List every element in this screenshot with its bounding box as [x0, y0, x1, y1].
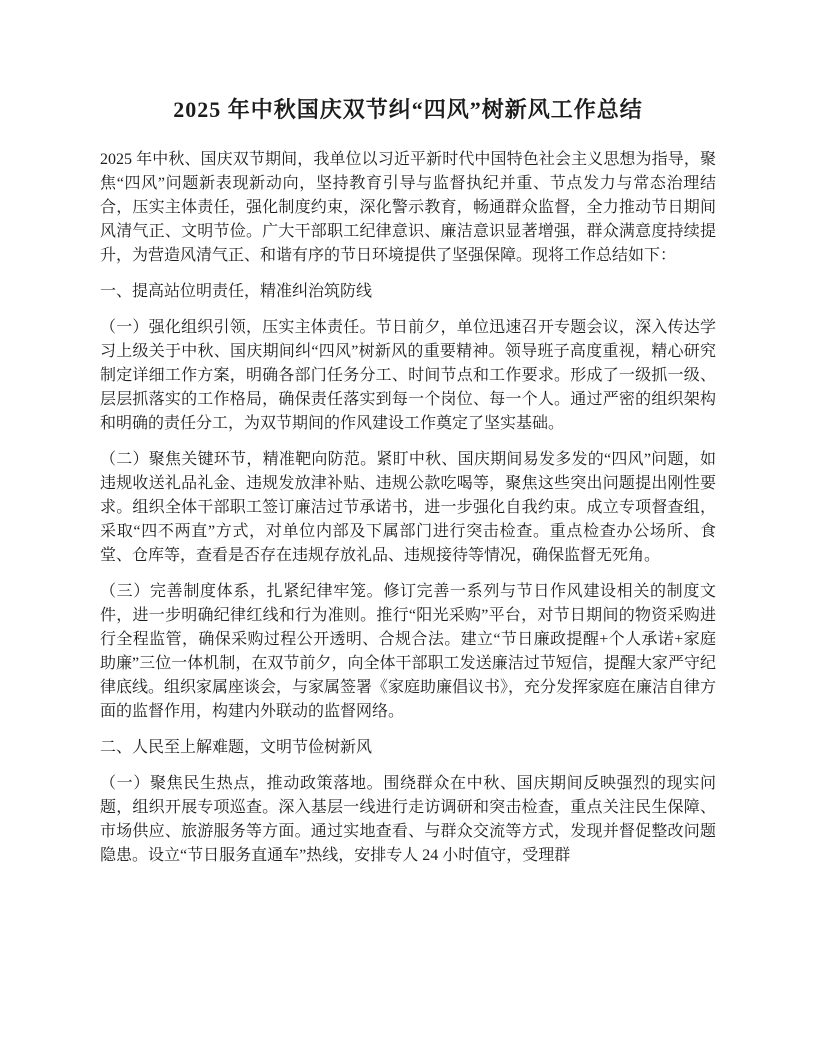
document-page: 2025 年中秋国庆双节纠“四风”树新风工作总结 2025 年中秋、国庆双节期间… — [0, 0, 816, 1056]
paragraph-1-1: （一）强化组织引领，压实主体责任。节日前夕，单位迅速召开专题会议，深入传达学习上… — [100, 316, 716, 436]
section-heading-1: 一、提高站位明责任，精准纠治筑防线 — [100, 280, 716, 304]
paragraph-intro: 2025 年中秋、国庆双节期间，我单位以习近平新时代中国特色社会主义思想为指导，… — [100, 148, 716, 268]
paragraph-1-2: （二）聚焦关键环节，精准靶向防范。紧盯中秋、国庆期间易发多发的“四风”问题，如违… — [100, 448, 716, 568]
section-heading-2: 二、人民至上解难题，文明节俭树新风 — [100, 736, 716, 760]
document-title: 2025 年中秋国庆双节纠“四风”树新风工作总结 — [100, 94, 716, 126]
paragraph-1-3: （三）完善制度体系，扎紧纪律牢笼。修订完善一系列与节日作风建设相关的制度文件，进… — [100, 580, 716, 724]
paragraph-2-1: （一）聚焦民生热点，推动政策落地。围绕群众在中秋、国庆期间反映强烈的现实问题，组… — [100, 772, 716, 868]
